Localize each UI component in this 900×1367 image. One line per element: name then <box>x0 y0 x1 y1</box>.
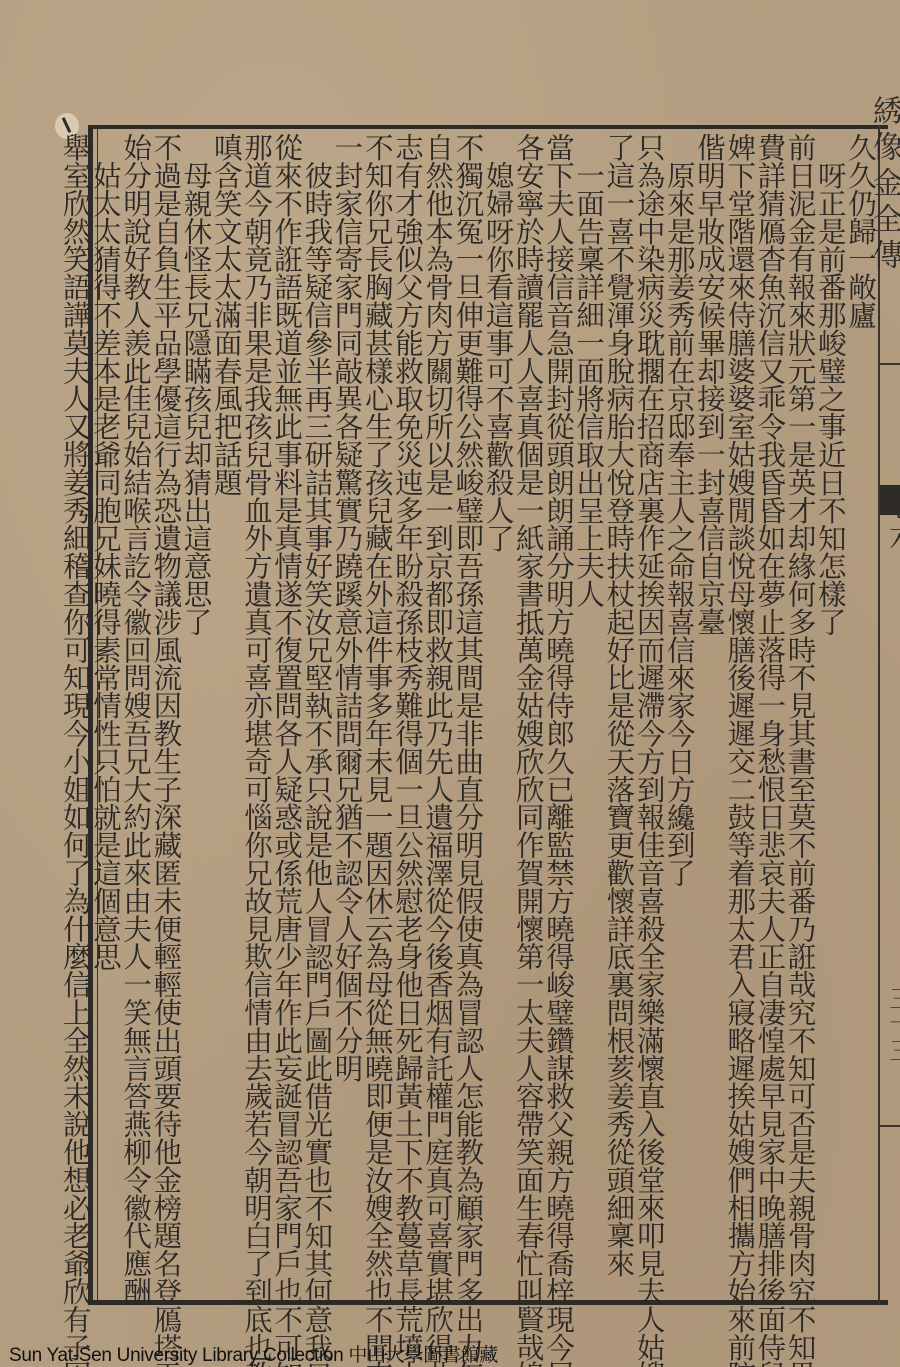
text-column: 媳婦呀你看這事可不喜歡殺人了 <box>482 133 512 1298</box>
text-column: 只為途中染病災耽擱在招商店裏作延挨因而遲滯今方到報佳音喜殺全家樂滿懷直入後堂來叩… <box>633 133 663 1298</box>
fold-volume-label: 卷六 <box>878 490 900 550</box>
text-column: 一面告稟詳細一面將信取出呈上夫人 <box>573 133 603 1298</box>
fold-page-number: 三十三 <box>882 985 900 1063</box>
text-column: 從來不作誑語既道並無此事料是真情遂不復置問各人疑惑或係荒唐少年作此妄誕冒認吾家門… <box>271 133 301 1298</box>
text-column: 彼時我等疑信參半再三研詰其事好笑汝兄堅執不承只說是他人冒認門戶圖此借光實也不知其… <box>301 133 331 1298</box>
text-column: 那道今朝竟乃非果是我孩兒骨血外方遺真可喜亦堪奇可惱你兄故見欺信情由去歲若今朝明白… <box>241 133 271 1298</box>
text-column: 偕明早妝成安候畢却接到一封喜信自京臺 <box>694 133 724 1298</box>
text-column: 各安寧於時讀罷人人喜真個是一紙家書抵萬金姑嫂欣欣同作賀開懷第一太夫人容帶笑面生春… <box>513 133 543 1298</box>
fold-book-title: 綉像金全傳 <box>876 95 900 275</box>
text-column: 母親休怪長兄隱瞞孩兒却猜出這意思了 <box>180 133 210 1298</box>
text-column: 志有才強似父方能救取免災迍多年盼殺孫枝秀難得個一旦公然慰老身他日死歸黃土下不教蔓… <box>392 133 422 1298</box>
fold-divider <box>880 1125 900 1127</box>
text-column: 費詳猜鴈杳魚沉信又乖令我昏昏如在夢止落得一身愁恨日悲哀夫人正自凄惶處早見家中晚膳… <box>754 133 784 1298</box>
fold-divider <box>880 363 900 365</box>
text-column: 嗔含笑文太太滿面春風把話題 <box>211 133 241 1298</box>
text-column: 前日泥金有報來狀元第一是英才却緣何多時不見其書至莫不前番乃誑哉究不知可否是夫親骨… <box>784 133 814 1298</box>
text-column: 不知你兄長胸藏甚樣心生了孩兒藏在外這件事多年未見一題因休云為母從無曉即便是汝嫂全… <box>362 133 392 1298</box>
text-column: 婢下堂階還來侍膳婆婆室姑嫂閒談悅母懷膳後遲遲交二鼓等着那太君入寢略遲挨姑嫂們相攜… <box>724 133 754 1298</box>
text-column: 呀正是前番那峻璧之事近日不知怎樣了 <box>815 133 845 1298</box>
text-column: 不獨沉冤一旦伸更難得公然峻璧即吾孫這其間是非曲直分明見假使真為冒認人怎能教為顧家… <box>452 133 482 1298</box>
text-column: 久久仍歸一敞廬 <box>845 133 875 1298</box>
text-column: 不過是自負生平品學優這行為恐遺物議涉風流因教生子深藏匿未便輕輕使出頭要待他金榜題… <box>150 133 180 1298</box>
text-column: 原來是那姜秀前在京邸奉主人之命報喜信來家今日方纔到了 <box>664 133 694 1298</box>
book-page-scan: 綉像金全傳 卷六 三十三 久久仍歸一敞廬呀正是前番那峻璧之事近日不知怎樣了前日泥… <box>0 0 900 1367</box>
text-column: 當下夫人接信音急開封從頭朗朗誦分明方曉得侍郎久已離監禁方曉得峻璧鑽謀救父親方曉得… <box>543 133 573 1298</box>
library-collection-caption: Sun Yat-Sen University Library Collectio… <box>9 1340 498 1367</box>
text-column: 一封家信寄家門同敲異各疑驚實乃蹺蹊意外情詰問爾兄猶不認令人好個不分明 <box>331 133 361 1298</box>
text-column: 姑太太猜得不差本是老爺同胞兄妹曉得素常情性只怕就是這個意思 <box>90 133 120 1298</box>
text-column: 自然他本為骨肉方關切所以是一到京都即救親此乃先人遺福澤從今後香烟有託權門庭真可喜… <box>422 133 452 1298</box>
text-column: 始分明說好教人羨此佳兒始結喉言訖令徽回問嫂吾兄大約此來由夫人一笑無言答燕柳令徽代… <box>120 133 150 1298</box>
text-column: 了這一喜不覺渾身脫病胎大悅登時扶杖起好比是從天落寶更歡懷詳底裏問根荄姜秀從頭細稟… <box>603 133 633 1298</box>
text-column: 舉室欣然笑語譁莫夫人又將姜秀細稽查你可知現今小姐如何了為什麼信上全然未說他想必老… <box>60 133 90 1298</box>
fold-margin <box>880 125 900 1305</box>
vertical-text-body: 久久仍歸一敞廬呀正是前番那峻璧之事近日不知怎樣了前日泥金有報來狀元第一是英才却緣… <box>100 133 875 1298</box>
